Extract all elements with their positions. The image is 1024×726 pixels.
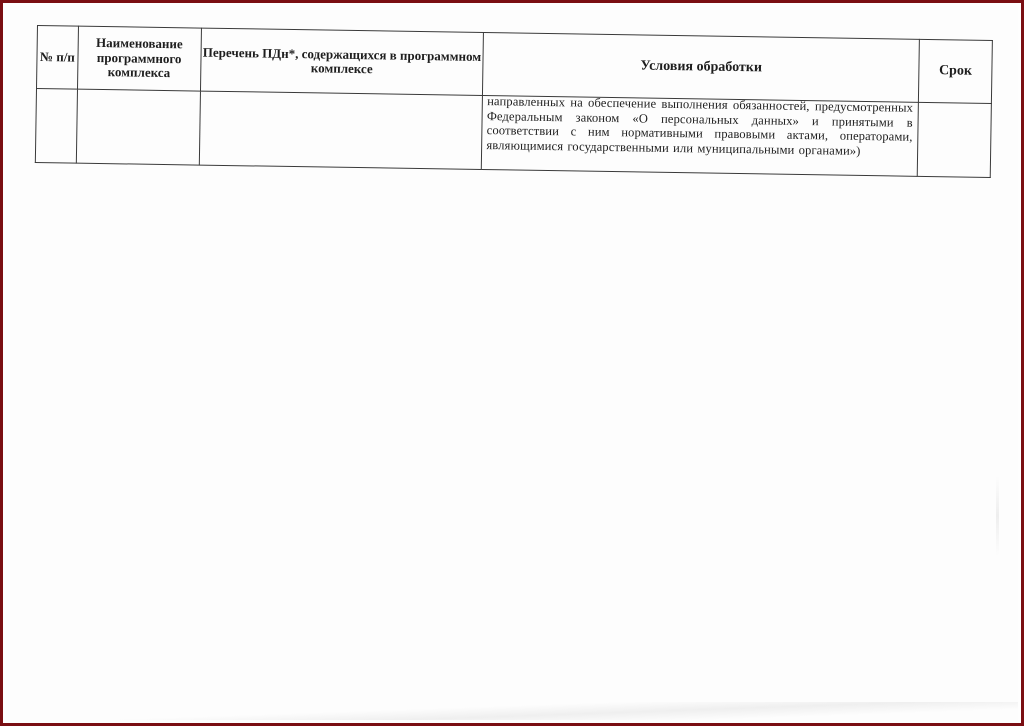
cell-term xyxy=(917,102,991,177)
header-pdn-list: Перечень ПДн*, содержащихся в программно… xyxy=(200,28,484,95)
page-frame: № п/п Наименование программного комплекс… xyxy=(0,0,1024,726)
header-software-name: Наименование программного комплекса xyxy=(77,26,201,91)
cell-processing-conditions: направленных на обеспечение выполнения о… xyxy=(482,96,919,177)
personal-data-table: № п/п Наименование программного комплекс… xyxy=(35,25,993,178)
table-row: направленных на обеспечение выполнения о… xyxy=(35,89,991,178)
cell-number xyxy=(35,89,77,164)
table-container: № п/п Наименование программного комплекс… xyxy=(35,25,993,178)
scan-artifact xyxy=(996,476,999,556)
header-number: № п/п xyxy=(37,26,79,90)
header-term: Срок xyxy=(919,39,993,103)
cell-software-name xyxy=(76,89,200,165)
cell-pdn-list xyxy=(199,91,483,169)
scanned-page: № п/п Наименование программного комплекс… xyxy=(6,6,1018,720)
header-processing-conditions: Условия обработки xyxy=(483,33,920,103)
processing-conditions-text: направленных на обеспечение выполнения о… xyxy=(482,94,918,159)
scan-shadow xyxy=(6,702,1018,720)
